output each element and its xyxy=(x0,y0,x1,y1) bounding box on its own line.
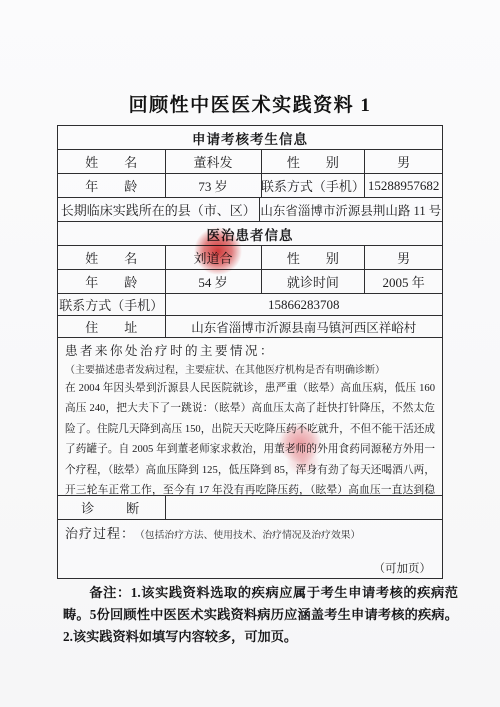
practice-record-form-table: 申请考核考生信息 姓 名 董科发 性 别 男 年 龄 73 岁 联系方式（手机）… xyxy=(57,125,443,579)
candidate-age-value: 73 岁 xyxy=(166,174,262,197)
patient-phone-row: 联系方式（手机） 15866283708 xyxy=(58,294,442,316)
patient-name-value: 刘道合 xyxy=(166,246,262,269)
treatment-label: 治疗过程： xyxy=(65,523,135,542)
patient-address-label: 住 址 xyxy=(58,316,166,337)
patient-name-gender-row: 姓 名 刘道合 性 别 男 xyxy=(58,246,442,270)
candidate-practice-location-row: 长期临床实践所在的县（市、区） 山东省淄博市沂源县荆山路 11 号 xyxy=(58,198,442,222)
treatment-section: 治疗过程： （包括治疗方法、使用技术、治疗情况及治疗效果） （可加页） xyxy=(58,520,442,578)
patient-gender-value: 男 xyxy=(365,246,442,269)
candidate-age-label: 年 龄 xyxy=(58,174,166,197)
remarks-note: 备注：1.该实践资料选取的疾病应属于考生申请考核的疾病范畴。5份回顾性中医医术实… xyxy=(63,582,458,648)
diagnosis-label: 诊 断 xyxy=(58,496,166,519)
treatment-heading-line: 治疗过程： （包括治疗方法、使用技术、治疗情况及治疗效果） xyxy=(65,523,435,542)
treatment-blank-area xyxy=(65,542,435,560)
candidate-name-value: 董科发 xyxy=(166,150,262,173)
candidate-age-phone-row: 年 龄 73 岁 联系方式（手机） 15288957682 xyxy=(58,174,442,198)
patient-age-value: 54 岁 xyxy=(166,270,262,293)
candidate-name-label: 姓 名 xyxy=(58,150,166,173)
candidate-section-header: 申请考核考生信息 xyxy=(58,126,442,150)
document-title: 回顾性中医医术实践资料 1 xyxy=(0,90,500,117)
candidate-gender-label: 性 别 xyxy=(262,150,366,173)
patient-address-row: 住 址 山东省淄博市沂源县南马镇河西区祥峪村 xyxy=(58,316,442,338)
patient-phone-label: 联系方式（手机） xyxy=(58,294,166,315)
practice-location-value: 山东省淄博市沂源县荆山路 11 号 xyxy=(260,198,442,221)
candidate-gender-value: 男 xyxy=(365,150,442,173)
visit-time-label: 就诊时间 xyxy=(262,270,366,293)
situation-subheading: （主要描述患者发病过程，主要症状、在其他医疗机构是否有明确诊断） xyxy=(65,361,435,376)
scanned-document-page: 回顾性中医医术实践资料 1 申请考核考生信息 姓 名 董科发 性 别 男 年 龄… xyxy=(0,0,500,707)
treatment-add-page-note: （可加页） xyxy=(65,560,435,576)
diagnosis-row: 诊 断 xyxy=(58,496,442,520)
patient-age-visit-row: 年 龄 54 岁 就诊时间 2005 年 xyxy=(58,270,442,294)
patient-phone-value: 15866283708 xyxy=(166,294,442,315)
candidate-phone-value: 15288957682 xyxy=(365,174,442,197)
patient-section-header: 医治患者信息 xyxy=(58,222,442,246)
situation-body-text: 在 2004 年因头晕到沂源县人民医院就诊，患严重（眩晕）高血压病，低压 160… xyxy=(65,379,435,496)
patient-age-label: 年 龄 xyxy=(58,270,166,293)
visit-time-value: 2005 年 xyxy=(365,270,442,293)
practice-location-label: 长期临床实践所在的县（市、区） xyxy=(58,198,260,221)
candidate-phone-label: 联系方式（手机） xyxy=(262,174,366,197)
diagnosis-value xyxy=(166,496,442,519)
patient-address-value: 山东省淄博市沂源县南马镇河西区祥峪村 xyxy=(166,316,442,337)
treatment-sub-label: （包括治疗方法、使用技术、治疗情况及治疗效果） xyxy=(135,527,360,541)
situation-section: 患者来你处治疗时的主要情况： （主要描述患者发病过程，主要症状、在其他医疗机构是… xyxy=(58,338,442,496)
candidate-name-gender-row: 姓 名 董科发 性 别 男 xyxy=(58,150,442,174)
patient-gender-label: 性 别 xyxy=(262,246,366,269)
patient-name-label: 姓 名 xyxy=(58,246,166,269)
situation-heading: 患者来你处治疗时的主要情况： xyxy=(65,341,435,359)
